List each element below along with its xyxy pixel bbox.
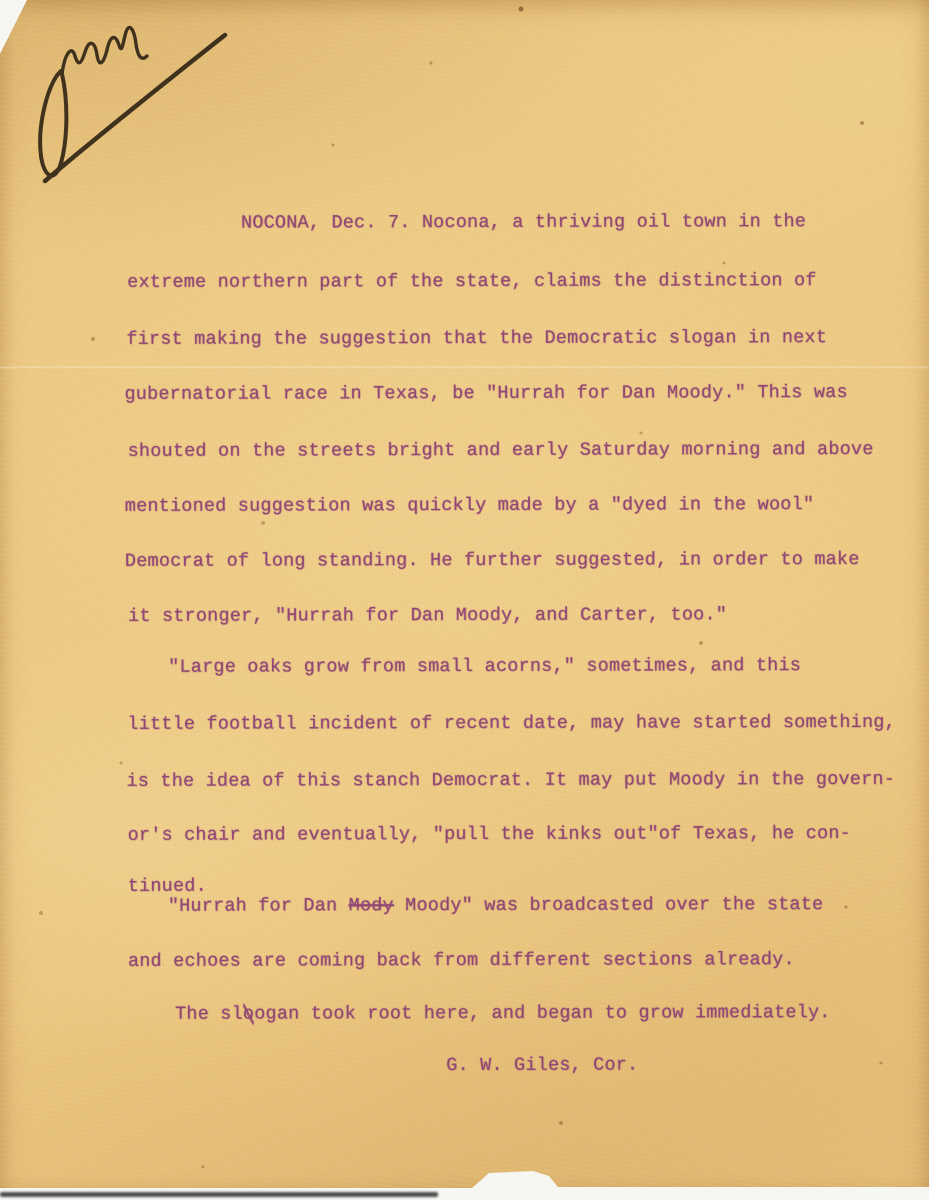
pen-squiggle-stroke — [62, 28, 147, 74]
typed-segment: "Hurrah for Dan — [168, 895, 349, 916]
typed-line: shouted on the streets bright and early … — [128, 440, 874, 462]
typed-line: and echoes are coming back from differen… — [128, 950, 795, 972]
typed-segment: The sl — [175, 1004, 243, 1025]
typed-line: Democrat of long standing. He further su… — [125, 550, 860, 572]
typed-line: extreme northern part of the state, clai… — [127, 271, 816, 293]
correspondent-signature-line: G. W. Giles, Cor. — [446, 1056, 638, 1077]
scanned-page: NOCONA, Dec. 7. Nocona, a thriving oil t… — [0, 0, 929, 1200]
handwritten-initials — [8, 8, 238, 203]
typed-line: it stronger, "Hurrah for Dan Moody, and … — [128, 605, 727, 627]
typed-line: mentioned suggestion was quickly made by… — [125, 495, 814, 517]
typed-line: gubernatorial race in Texas, be "Hurrah … — [124, 383, 847, 405]
typed-line: tinued. — [128, 877, 207, 898]
typed-line: or's chair and eventually, "pull the kin… — [128, 824, 851, 846]
typed-line: is the idea of this stanch Democrat. It … — [126, 770, 895, 792]
typed-segment: Moody" was broadcasted over the state — [394, 894, 824, 916]
overtyped-strikeout-word: Mody — [349, 895, 394, 916]
typed-line: "Large oaks grow from small acorns," som… — [168, 656, 801, 678]
paper-sheet: NOCONA, Dec. 7. Nocona, a thriving oil t… — [0, 0, 929, 1200]
pen-flourish-stroke — [45, 35, 225, 181]
typed-line: first making the suggestion that the Dem… — [126, 328, 827, 350]
pen-loop-stroke — [40, 71, 66, 176]
scanner-edge-shadow — [0, 1192, 438, 1197]
slash-overstruck-letter: o — [243, 1004, 254, 1025]
foxing-specks — [0, 0, 2, 2]
typed-line-with-correction: "Hurrah for Dan Mody Moody" was broadcas… — [168, 895, 824, 917]
typed-segment: ogan took root here, and began to grow i… — [254, 1002, 830, 1025]
typed-line: little football incident of recent date,… — [127, 713, 896, 735]
typed-line-with-correction: The sloogan took root here, and began to… — [175, 1003, 831, 1025]
typed-line: NOCONA, Dec. 7. Nocona, a thriving oil t… — [241, 212, 806, 234]
